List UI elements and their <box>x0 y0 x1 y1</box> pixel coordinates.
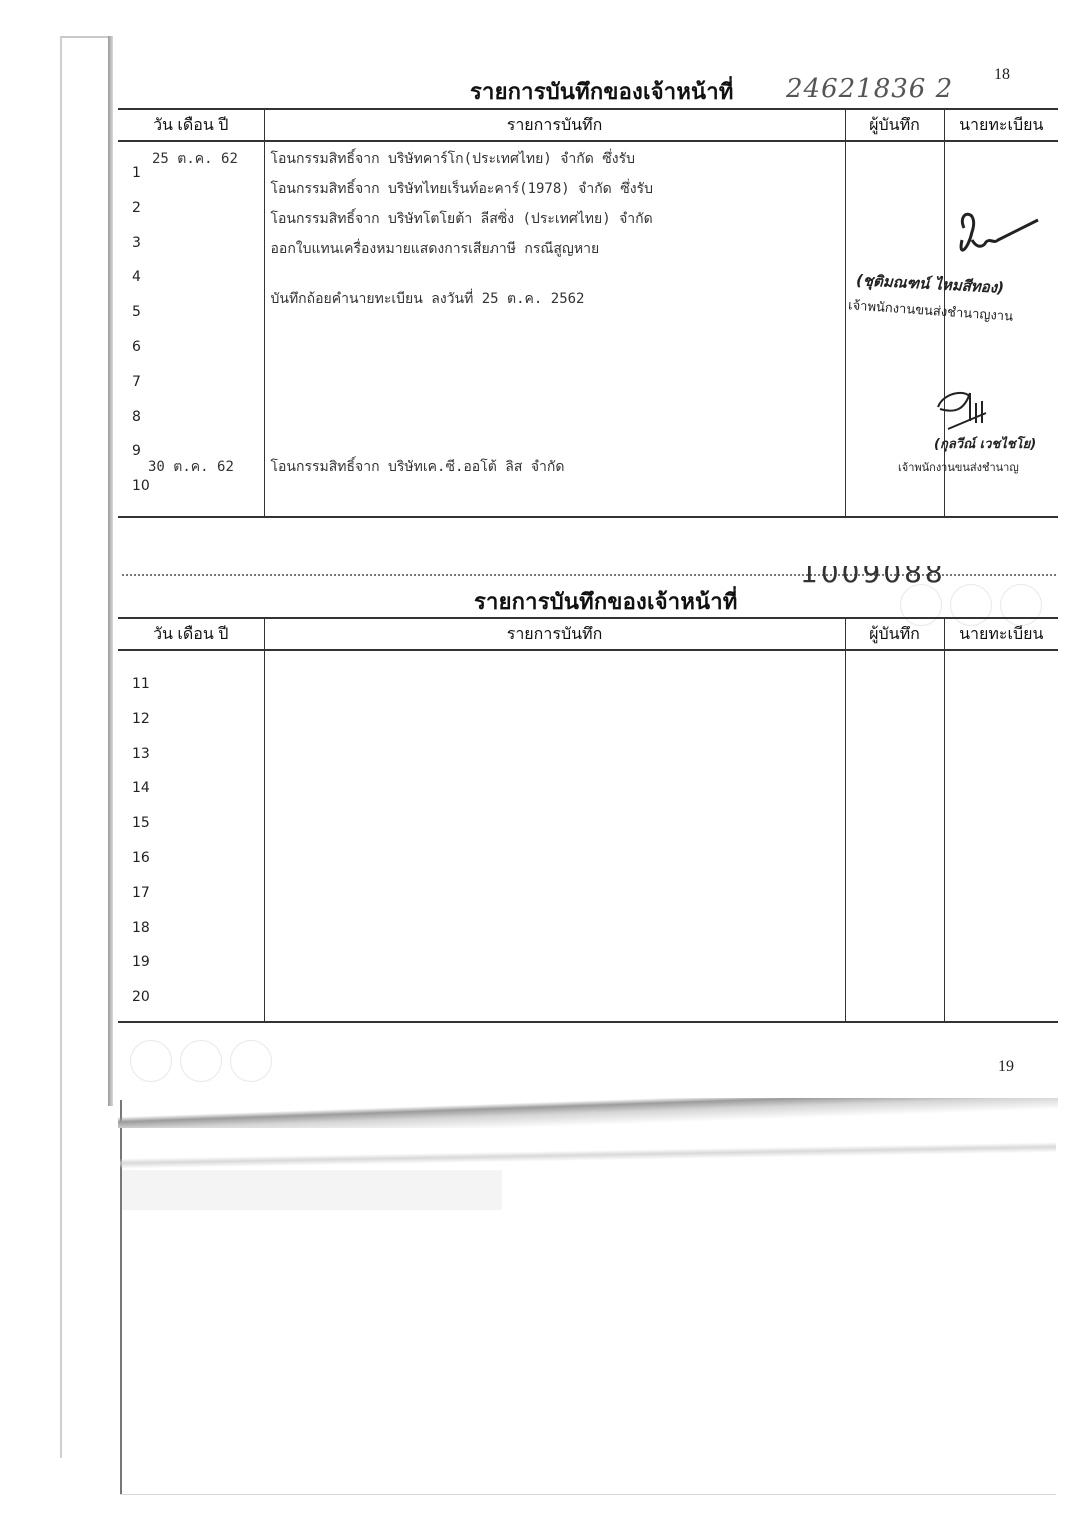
column-header-date: วัน เดือน ปี <box>118 109 264 141</box>
signature-2-name: (กุลวีณ์ เวชไชโย) <box>934 433 1036 454</box>
row-number: 14 <box>118 771 264 806</box>
entry-column: โอนกรรมสิทธิ์จาก บริษัทคาร์โก(ประเทศไทย)… <box>264 141 845 517</box>
entry-date: 30 ต.ค. 62 <box>148 456 234 478</box>
watermark-seal <box>230 1040 272 1082</box>
column-header-registrar: นายทะเบียน <box>944 618 1058 650</box>
page-fold-shadow <box>118 1098 1058 1128</box>
upper-section-title: รายการบันทึกของเจ้าหน้าที่ <box>470 74 734 109</box>
watermark-seal <box>180 1040 222 1082</box>
column-header-recorder: ผู้บันทึก <box>845 109 944 141</box>
row-number: 4 <box>118 260 264 295</box>
row-number: 17 <box>118 876 264 911</box>
row-number: 15 <box>118 806 264 841</box>
registrar-column <box>944 650 1058 1022</box>
entry-text: โอนกรรมสิทธิ์จาก บริษัทคาร์โก(ประเทศไทย)… <box>271 148 636 170</box>
page-fold-shadow <box>120 1140 1056 1170</box>
entry-date: 25 ต.ค. 62 <box>152 148 238 170</box>
signature-2-position: เจ้าพนักงานขนส่งชำนาญ <box>898 458 1019 476</box>
scan-smudge <box>122 1170 502 1210</box>
row-number-column: 11 12 13 14 15 16 17 18 19 20 <box>118 650 264 1022</box>
lower-section-title: รายการบันทึกของเจ้าหน้าที่ <box>474 584 738 619</box>
column-header-entry: รายการบันทึก <box>264 109 845 141</box>
row-number: 5 <box>118 295 264 330</box>
row-number: 7 <box>118 365 264 400</box>
column-header-registrar: นายทะเบียน <box>944 109 1058 141</box>
watermark-seal <box>130 1040 172 1082</box>
entry-text: โอนกรรมสิทธิ์จาก บริษัทโตโยต้า ลีสซิ่ง (… <box>271 208 653 230</box>
column-header-recorder: ผู้บันทึก <box>845 618 944 650</box>
entry-text: บันทึกถ้อยคำนายทะเบียน ลงวันที่ 25 ต.ค. … <box>271 288 585 310</box>
row-number: 13 <box>118 737 264 772</box>
scan-edge <box>60 36 112 38</box>
entry-text: ออกใบแทนเครื่องหมายแสดงการเสียภาษี กรณีส… <box>271 238 600 260</box>
row-number: 3 <box>118 226 264 261</box>
row-number-column: 1 2 3 4 5 6 7 8 9 10 25 ต.ค. 62 30 ต.ค. … <box>118 141 264 517</box>
row-number: 16 <box>118 841 264 876</box>
row-number: 20 <box>118 980 264 1015</box>
cut-line-number: 1009088 <box>800 566 946 586</box>
row-number: 18 <box>118 911 264 946</box>
row-number: 11 <box>118 667 264 702</box>
signature-1-icon <box>950 210 1050 270</box>
scan-edge <box>120 1494 1056 1495</box>
page-number-bottom: 19 <box>998 1058 1014 1076</box>
entry-text: โอนกรรมสิทธิ์จาก บริษัทไทยเร็นท์อะคาร์(1… <box>271 178 653 200</box>
row-number: 19 <box>118 945 264 980</box>
scan-edge <box>60 38 62 1458</box>
row-number: 6 <box>118 330 264 365</box>
recorder-column <box>845 650 944 1022</box>
page-number-top: 18 <box>994 66 1010 84</box>
page-binding-edge <box>108 36 113 1106</box>
entry-text: โอนกรรมสิทธิ์จาก บริษัทเค.ซี.ออโต้ ลิส จ… <box>271 456 565 478</box>
column-header-date: วัน เดือน ปี <box>118 618 264 650</box>
handwritten-reference-number: 24621836 2 <box>786 74 953 104</box>
row-number: 2 <box>118 191 264 226</box>
signature-2-icon <box>930 385 1010 435</box>
lower-ledger-table: วัน เดือน ปี รายการบันทึก ผู้บันทึก นายท… <box>118 617 1058 1023</box>
row-number: 12 <box>118 702 264 737</box>
row-number: 8 <box>118 400 264 435</box>
column-header-entry: รายการบันทึก <box>264 618 845 650</box>
entry-column <box>264 650 845 1022</box>
